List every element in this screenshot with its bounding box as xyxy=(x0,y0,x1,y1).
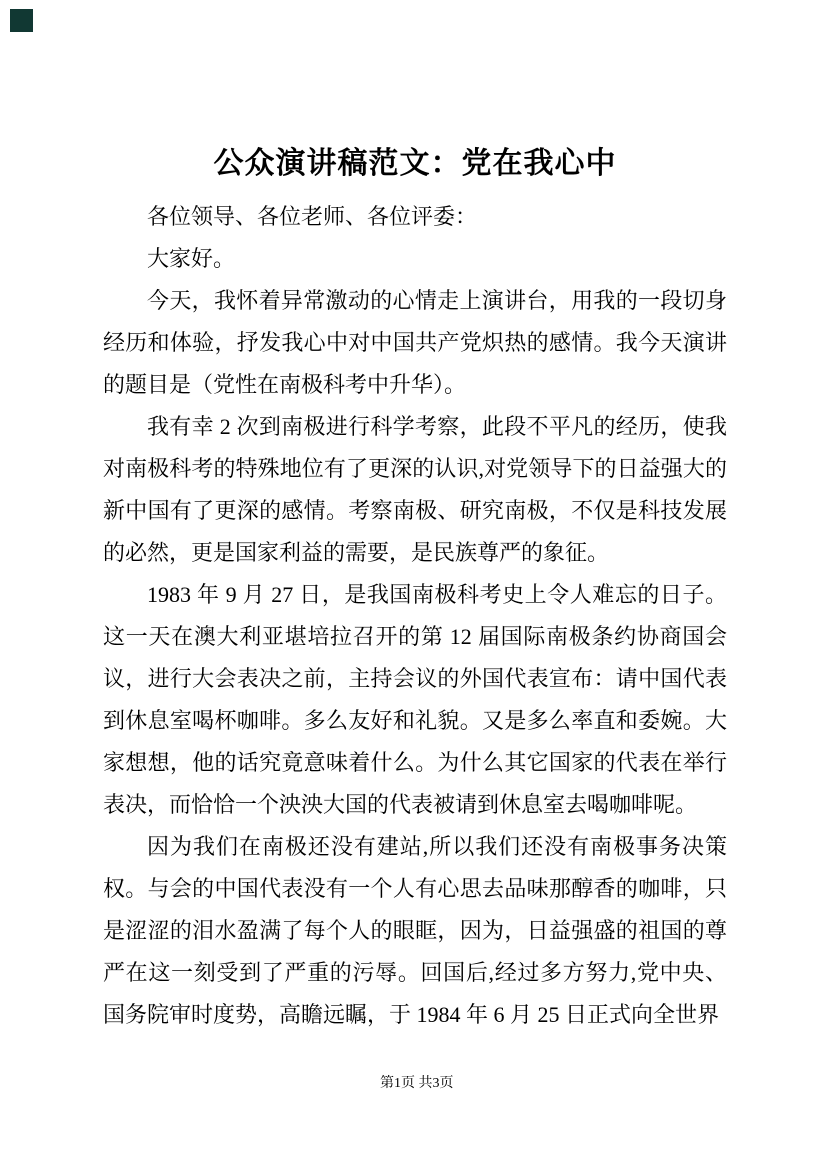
corner-mark xyxy=(10,9,33,32)
paragraph-1983-meeting: 1983 年 9 月 27 日，是我国南极科考史上令人难忘的日子。这一天在澳大利… xyxy=(103,574,727,826)
paragraph-intro: 今天，我怀着异常激动的心情走上演讲台，用我的一段切身经历和体验，抒发我心中对中国… xyxy=(103,280,727,406)
paragraph-greeting: 大家好。 xyxy=(103,238,727,280)
paragraph-salutation: 各位领导、各位老师、各位评委： xyxy=(103,196,727,238)
page-footer: 第1页 共3页 xyxy=(380,1074,454,1094)
document-body: 各位领导、各位老师、各位评委： 大家好。 今天，我怀着异常激动的心情走上演讲台，… xyxy=(103,196,727,1036)
document-title: 公众演讲稿范文：党在我心中 xyxy=(103,0,727,188)
paragraph-no-station: 因为我们在南极还没有建站,所以我们还没有南极事务决策权。与会的中国代表没有一个人… xyxy=(103,826,727,1036)
document-page: 公众演讲稿范文：党在我心中 各位领导、各位老师、各位评委： 大家好。 今天，我怀… xyxy=(0,0,827,1170)
page-number-text: 第1页 共3页 xyxy=(380,1076,454,1091)
paragraph-antarctic-experience: 我有幸 2 次到南极进行科学考察，此段不平凡的经历，使我对南极科考的特殊地位有了… xyxy=(103,406,727,574)
